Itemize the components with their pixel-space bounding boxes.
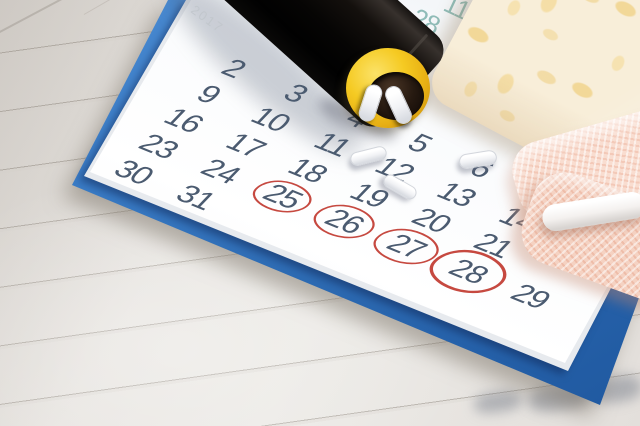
photo-scene: 2017 21 28 11 23456910111213141617181920… <box>0 0 640 426</box>
